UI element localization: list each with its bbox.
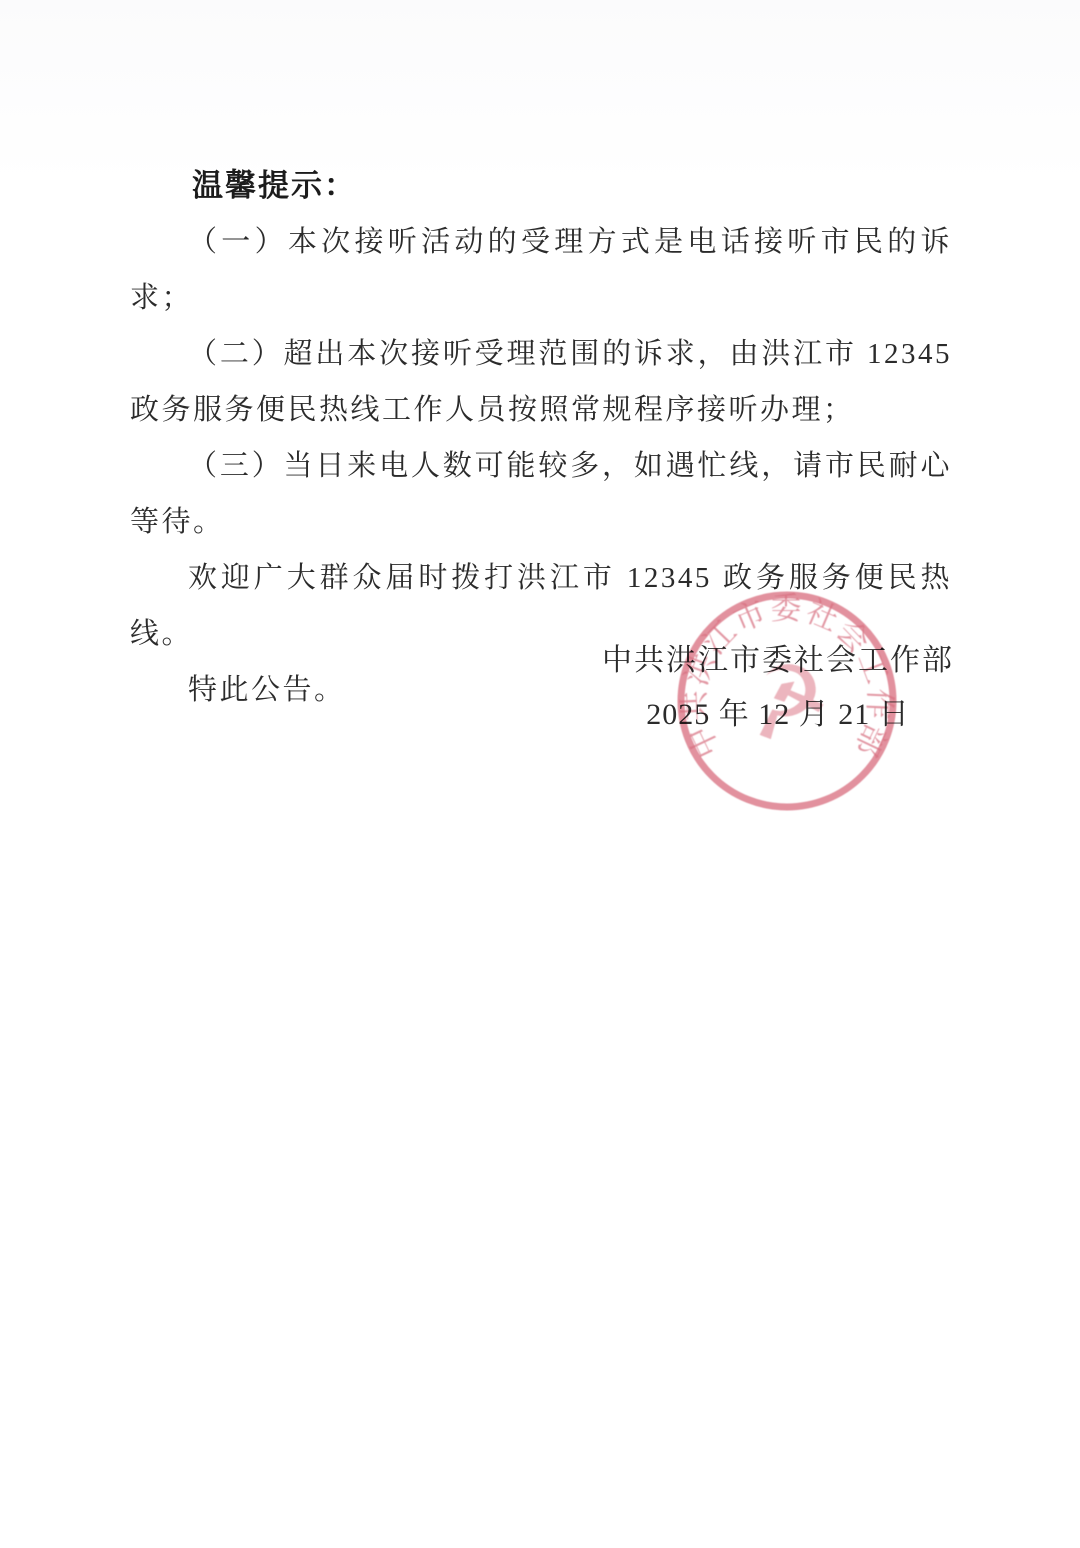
paragraph-1: （一）本次接听活动的受理方式是电话接听市民的诉求；	[130, 214, 952, 326]
announcement-body: 温馨提示： （一）本次接听活动的受理方式是电话接听市民的诉求； （二）超出本次接…	[130, 158, 952, 718]
issuing-authority: 中共洪江市委社会工作部	[602, 641, 954, 681]
announcement-page: 温馨提示： （一）本次接听活动的受理方式是电话接听市民的诉求； （二）超出本次接…	[0, 0, 1080, 1548]
paragraph-2: （二）超出本次接听受理范围的诉求，由洪江市 12345 政务服务便民热线工作人员…	[130, 326, 952, 438]
tips-heading: 温馨提示：	[130, 158, 952, 214]
signature-block: 中共洪江市委社会工作部 2025 年 12 月 21 日	[602, 641, 954, 735]
paragraph-3: （三）当日来电人数可能较多，如遇忙线，请市民耐心等待。	[130, 438, 952, 550]
issue-date: 2025 年 12 月 21 日	[602, 695, 954, 735]
